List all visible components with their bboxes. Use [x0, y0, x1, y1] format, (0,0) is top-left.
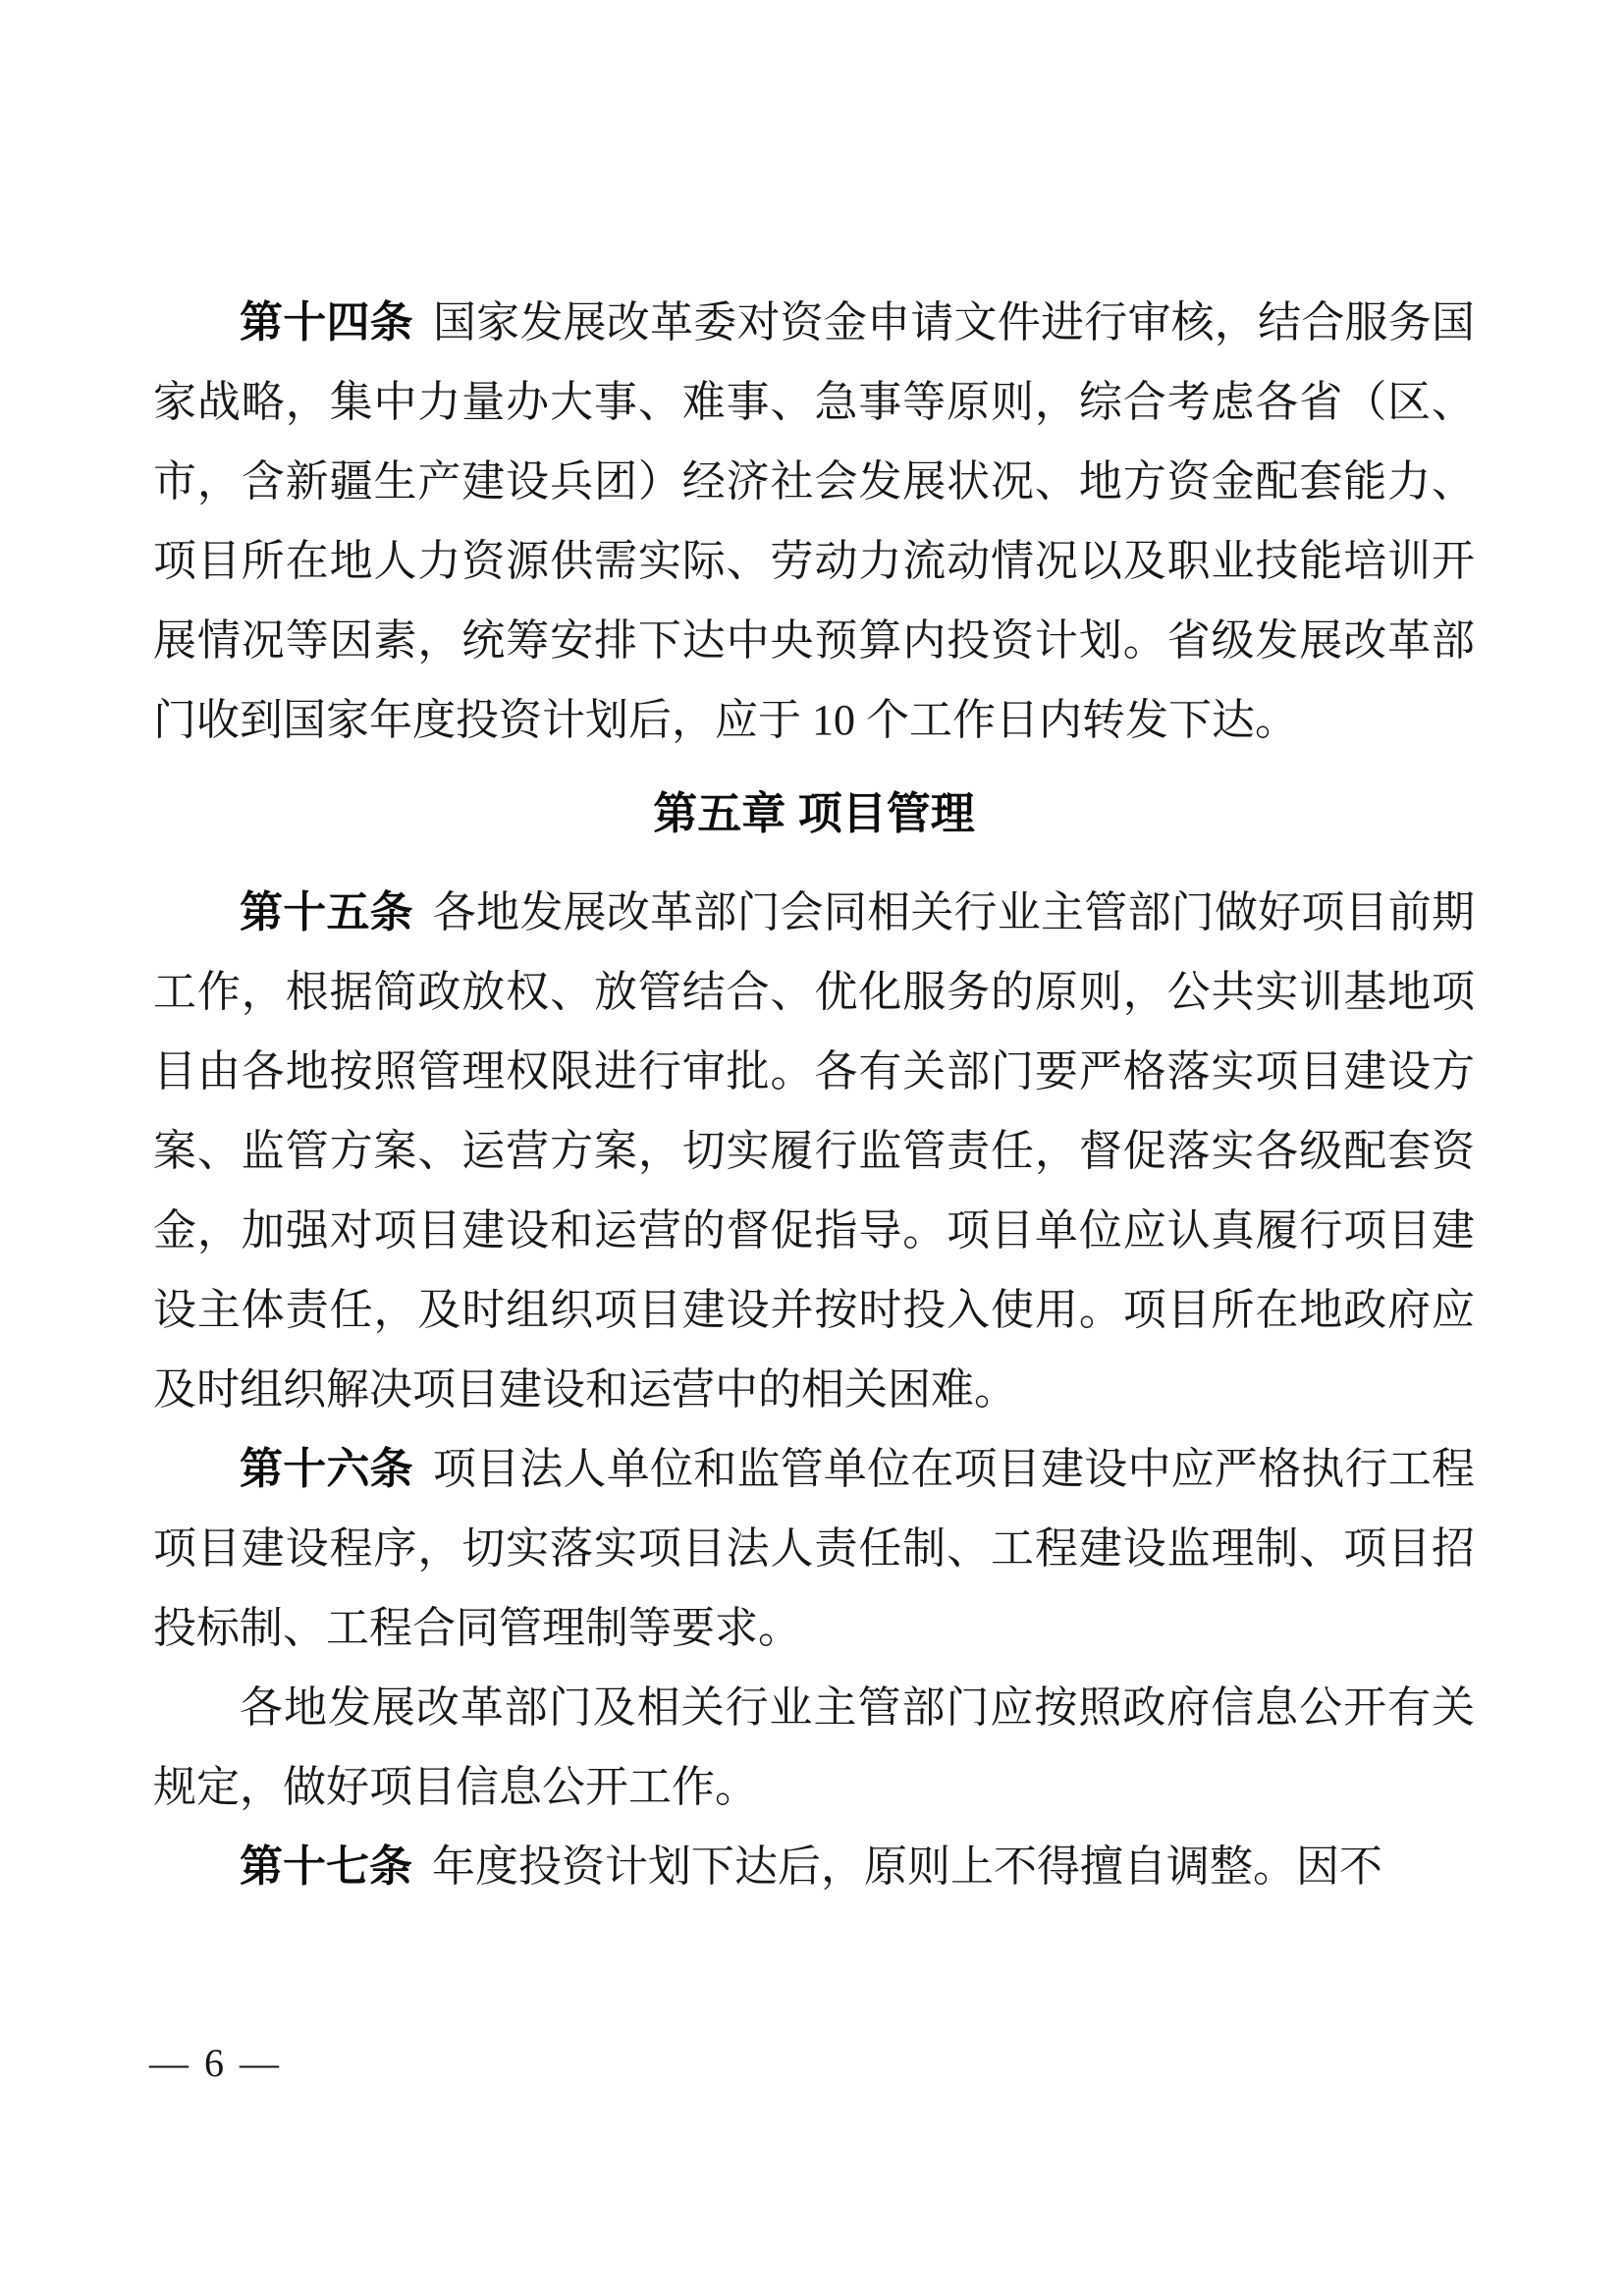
article-text: 各地发展改革部门会同相关行业主管部门做好项目前期工作，根据简政放权、放管结合、优…	[153, 888, 1475, 1414]
article-number: 第十六条	[240, 1445, 413, 1493]
chapter-heading: 第五章 项目管理	[153, 774, 1475, 853]
article-text: 年度投资计划下达后，原则上不得擅自调整。因不	[432, 1842, 1382, 1891]
body-paragraph: 各地发展改革部门及相关行业主管部门应按照政府信息公开有关规定，做好项目信息公开工…	[153, 1668, 1475, 1827]
article-number: 第十四条	[240, 298, 413, 347]
article-paragraph: 第十七条年度投资计划下达后，原则上不得擅自调整。因不	[153, 1827, 1475, 1906]
article-number: 第十七条	[240, 1842, 412, 1891]
page-number: — 6 —	[149, 2040, 282, 2087]
article-paragraph: 第十六条项目法人单位和监管单位在项目建设中应严格执行工程项目建设程序，切实落实项…	[153, 1429, 1475, 1668]
article-text: 国家发展改革委对资金申请文件进行审核，结合服务国家战略，集中力量办大事、难事、急…	[153, 298, 1475, 744]
document-body: 第十四条国家发展改革委对资金申请文件进行审核，结合服务国家战略，集中力量办大事、…	[153, 283, 1475, 1906]
document-page: 第十四条国家发展改革委对资金申请文件进行审核，结合服务国家战略，集中力量办大事、…	[0, 0, 1624, 2296]
article-number: 第十五条	[240, 888, 413, 936]
article-paragraph: 第十四条国家发展改革委对资金申请文件进行审核，结合服务国家战略，集中力量办大事、…	[153, 283, 1475, 760]
article-paragraph: 第十五条各地发展改革部门会同相关行业主管部门做好项目前期工作，根据简政放权、放管…	[153, 873, 1475, 1429]
